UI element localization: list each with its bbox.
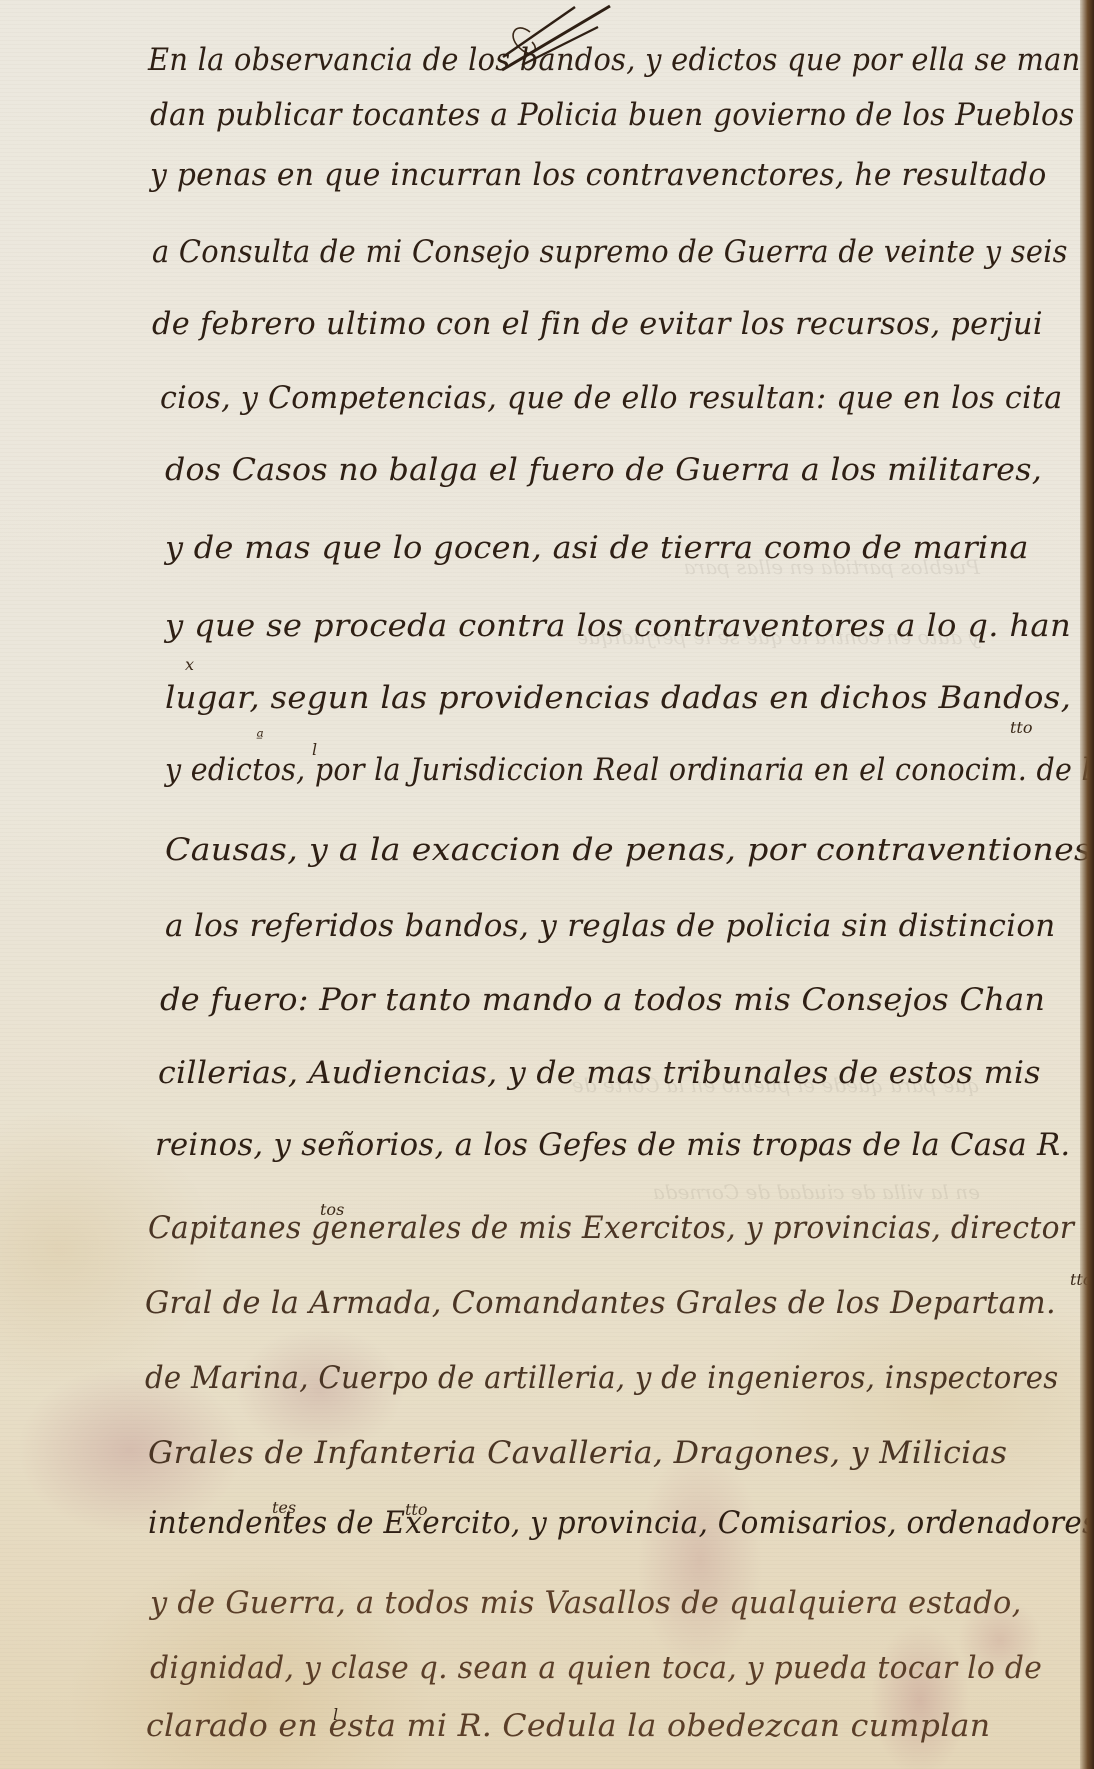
superscript-abbreviation: l bbox=[333, 1705, 338, 1724]
manuscript-line: dos Casos no balga el fuero de Guerra a … bbox=[165, 452, 1042, 488]
manuscript-line: Capitanes generales de mis Exercitos, y … bbox=[148, 1210, 1074, 1246]
manuscript-line: y de mas que lo gocen, asi de tierra com… bbox=[165, 530, 1029, 566]
manuscript-line: reinos, y señorios, a los Gefes de mis t… bbox=[155, 1127, 1071, 1163]
manuscript-line: cios, y Competencias, que de ello result… bbox=[160, 380, 1062, 416]
manuscript-line: dignidad, y clase q. sean a quien toca, … bbox=[150, 1650, 1042, 1686]
manuscript-line: dan publicar tocantes a Policia buen gov… bbox=[150, 97, 1074, 133]
manuscript-page: Pueblos partida en ellas para y auto en … bbox=[0, 0, 1094, 1769]
superscript-abbreviation: tos bbox=[320, 1200, 344, 1219]
superscript-abbreviation: tes bbox=[272, 1498, 296, 1517]
superscript-abbreviation: x bbox=[185, 655, 194, 674]
superscript-abbreviation: tto bbox=[1010, 718, 1033, 737]
manuscript-line: a los referidos bandos, y reglas de poli… bbox=[165, 908, 1056, 944]
manuscript-line: lugar, segun las providencias dadas en d… bbox=[165, 680, 1071, 716]
manuscript-line: clarado en esta mi R. Cedula la obedezca… bbox=[146, 1708, 990, 1744]
page-binding-edge bbox=[1080, 0, 1094, 1769]
manuscript-line: y que se proceda contra los contraventor… bbox=[165, 608, 1071, 644]
manuscript-line: y edictos, por la Jurisdiccion Real ordi… bbox=[165, 752, 1094, 788]
manuscript-line: y penas en que incurran los contravencto… bbox=[150, 157, 1047, 193]
manuscript-line: de fuero: Por tanto mando a todos mis Co… bbox=[160, 982, 1045, 1018]
manuscript-line: Causas, y a la exaccion de penas, por co… bbox=[165, 832, 1091, 868]
manuscript-line: y de Guerra, a todos mis Vasallos de qua… bbox=[150, 1585, 1022, 1621]
manuscript-line: Gral de la Armada, Comandantes Grales de… bbox=[145, 1285, 1056, 1321]
bleed-through-text: en la villa de ciudad de Corneda bbox=[80, 1180, 980, 1204]
manuscript-line: a Consulta de mi Consejo supremo de Guer… bbox=[152, 234, 1068, 270]
superscript-abbreviation: tto bbox=[405, 1500, 428, 1519]
superscript-abbreviation: ª bbox=[256, 728, 264, 747]
manuscript-line: de febrero ultimo con el fin de evitar l… bbox=[152, 306, 1043, 342]
manuscript-line: cillerias, Audiencias, y de mas tribunal… bbox=[158, 1055, 1041, 1091]
manuscript-line: En la observancia de los bandos, y edict… bbox=[148, 42, 1080, 78]
superscript-abbreviation: l bbox=[312, 740, 317, 759]
manuscript-line: Grales de Infanteria Cavalleria, Dragone… bbox=[148, 1435, 1007, 1471]
manuscript-line: de Marina, Cuerpo de artilleria, y de in… bbox=[145, 1360, 1059, 1396]
